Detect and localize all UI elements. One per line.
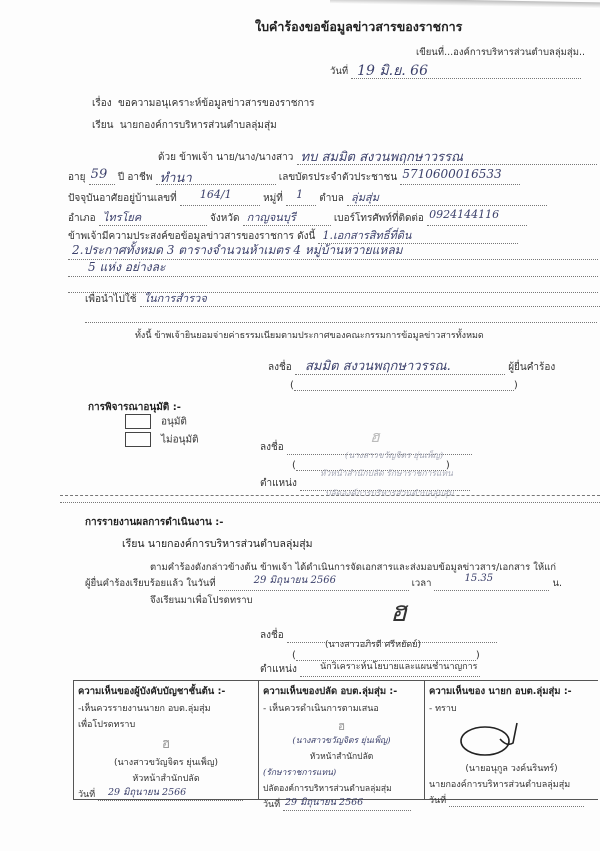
time-unit: น. — [552, 578, 562, 589]
report-heading: การรายงานผลการดำเนินงาน :- — [85, 515, 223, 530]
to-label: เรียน — [92, 120, 113, 131]
form-title: ใบคำร้องขอข้อมูลข่าวสารของราชการ — [255, 17, 462, 37]
report-body-line1: ตามคำร้องดังกล่าวข้างต้น ข้าพเจ้า ได้ดำเ… — [150, 560, 556, 575]
purpose-row: เพื่อนำไปใช้ ในการสำรวจ — [85, 292, 600, 307]
id-value: 5710600016533 — [402, 167, 501, 181]
section-divider-1 — [60, 495, 600, 496]
applicant-name: ทบ สมมิต สงวนพฤกษาวรรณ — [301, 146, 464, 167]
supervisor-date-row: วันที่ 29 มิถุนายน 2566 — [78, 787, 254, 801]
occupation-label: อาชีพ — [127, 172, 152, 183]
blank-line-2 — [85, 310, 597, 323]
amphoe-label: อำเภอ — [68, 213, 96, 224]
supervisor-line-2: เพื่อโปรดทราบ — [78, 717, 254, 731]
deputy-date-label: วันที่ — [263, 800, 280, 810]
moo-field[interactable]: 1 — [286, 193, 316, 206]
blank-line-2-row — [85, 310, 597, 323]
mayor-line-1: - ทราบ — [429, 701, 594, 715]
applicant-intro-label: ด้วย ข้าพเจ้า นาย/นาง/นางสาว — [158, 152, 293, 163]
purpose-value: ในการสำรวจ — [144, 289, 207, 307]
supervisor-date-field[interactable]: 29 มิถุนายน 2566 — [98, 788, 243, 801]
deputy-acting: (รักษาราชการแทน) — [263, 765, 420, 779]
mayor-signer: (นายอนุกูล วงค์นรินทร์) — [429, 761, 594, 775]
approve-label: อนุมัติ — [161, 417, 187, 428]
applicant-name-field[interactable]: ทบ สมมิต สงวนพฤกษาวรรณ — [297, 152, 597, 165]
reject-label: ไม่อนุมัติ — [161, 435, 199, 446]
mayor-signature — [455, 719, 535, 759]
approve-checkbox[interactable] — [125, 414, 151, 429]
subject-label: เรื่อง — [92, 98, 112, 109]
age-unit: ปี — [118, 172, 124, 183]
written-at: เขียนที่...องค์การบริหารส่วนตำบลลุ่มสุ่ม… — [416, 45, 585, 60]
deputy-position-2: ปลัดองค์การบริหารส่วนตำบลลุ่มสุ่ม — [263, 781, 420, 795]
age-value: 59 — [91, 167, 108, 182]
tambon-label: ตำบล — [319, 193, 344, 204]
province-label: จังหวัด — [210, 213, 239, 224]
report-position-value: นักวิเคราะห์นโยบายและแผนชำนาญการ — [320, 659, 477, 673]
tambon-value: ลุ่มสุ่ม — [351, 188, 379, 206]
deputy-date-value: 29 มิถุนายน 2566 — [285, 795, 363, 810]
mayor-date-field[interactable] — [449, 794, 584, 807]
house-no-field[interactable]: 164/1 — [180, 193, 260, 206]
occupation-field[interactable]: ทำนา — [156, 172, 276, 185]
date-label: วันที่ — [330, 66, 348, 77]
document-page: ใบคำร้องขอข้อมูลข่าวสารของราชการ เขียนที… — [0, 0, 600, 851]
request-field-3[interactable]: 5 แห่ง อย่างละ — [68, 264, 598, 277]
moo-label: หมู่ที่ — [263, 193, 283, 204]
date-value: 19 มิ.ย. 66 — [357, 60, 428, 82]
approval-position-label: ตำแหน่ง — [260, 478, 297, 489]
subject-row: เรื่อง ขอความอนุเคราะห์ข้อมูลข่าวสารของร… — [92, 96, 315, 111]
supervisor-line-1: -เห็นควรรายงานนายก อบต.ลุ่มสุ่ม — [78, 701, 254, 715]
amphoe-value: ไทรโยค — [103, 208, 141, 226]
purpose-label: เพื่อนำไปใช้ — [85, 294, 137, 305]
mayor-date-label: วันที่ — [429, 796, 446, 806]
supervisor-date-value: 29 มิถุนายน 2566 — [108, 785, 186, 800]
approval-heading: การพิจารณาอนุมัติ :- — [88, 400, 181, 415]
supervisor-signature-mark: ฮ — [74, 733, 258, 753]
supervisor-date-label: วันที่ — [78, 790, 95, 800]
date-field[interactable]: 19 มิ.ย. 66 — [351, 66, 581, 79]
house-no-value: 164/1 — [200, 188, 232, 201]
to-row: เรียน นายกองค์การบริหารส่วนตำบลลุ่มสุ่ม — [92, 118, 277, 133]
phone-label: เบอร์โทรศัพท์ที่ติดต่อ — [334, 213, 424, 224]
consent-text: ทั้งนี้ ข้าพเจ้ายินยอมจ่ายค่าธรรมเนียมตา… — [135, 328, 484, 342]
subject-value: ขอความอนุเคราะห์ข้อมูลข่าวสารของราชการ — [118, 98, 315, 109]
amphoe-field[interactable]: ไทรโยค — [99, 213, 207, 226]
applicant-sign-role: ผู้ยื่นคำร้อง — [508, 362, 555, 373]
age-field[interactable]: 59 — [89, 172, 115, 185]
province-field[interactable]: กาญจนบุรี — [243, 213, 331, 226]
delivered-date-label: ผู้ยื่นคำร้องเรียบร้อยแล้ว ในวันที่ — [85, 578, 216, 589]
phone-field[interactable]: 0924144116 — [427, 213, 527, 226]
age-occupation-row: อายุ 59 ปี อาชีพ ทำนา เลขบัตรประจำตัวประ… — [68, 170, 520, 185]
deputy-date-field[interactable]: 29 มิถุนายน 2566 — [283, 798, 411, 811]
deputy-signer: (นางสาวขวัญจิตร ยุ่นเพ็ญ) — [263, 733, 420, 747]
approve-option[interactable]: อนุมัติ — [125, 414, 187, 430]
moo-value: 1 — [296, 188, 303, 201]
time-field[interactable]: 15.35 — [434, 578, 549, 591]
applicant-printed-name-row: () — [290, 378, 518, 391]
supervisor-position: หัวหน้าสำนักปลัด — [78, 771, 254, 785]
report-sign-label: ลงชื่อ — [260, 630, 284, 641]
tambon-field[interactable]: ลุ่มสุ่ม — [347, 193, 547, 206]
address-row: ปัจจุบันอาศัยอยู่บ้านเลขที่ 164/1 หมู่ที… — [68, 191, 547, 206]
time-label: เวลา — [412, 578, 432, 589]
province-value: กาญจนบุรี — [247, 208, 296, 226]
applicant-sign-row: ลงชื่อ สมมิต สงวนพฤกษาวรรณ. ผู้ยื่นคำร้อ… — [268, 360, 555, 375]
opinion-box-supervisor: ความเห็นของผู้บังคับบัญชาชั้นต้น :- -เห็… — [73, 680, 259, 800]
opinion-box-mayor: ความเห็นของ นายก อบต.ลุ่มสุ่ม :- - ทราบ … — [424, 680, 598, 800]
purpose-field[interactable]: ในการสำรวจ — [140, 294, 600, 307]
applicant-printed-name-field[interactable] — [294, 378, 514, 391]
request-line-3: 5 แห่ง อย่างละ — [88, 258, 165, 277]
mayor-heading: ความเห็นของ นายก อบต.ลุ่มสุ่ม :- — [429, 684, 594, 699]
applicant-sign-label: ลงชื่อ — [268, 362, 292, 373]
approval-sign-label: ลงชื่อ — [260, 442, 284, 453]
report-body-line2: ผู้ยื่นคำร้องเรียบร้อยแล้ว ในวันที่ 29 ม… — [85, 576, 562, 591]
address-label: ปัจจุบันอาศัยอยู่บ้านเลขที่ — [68, 193, 177, 204]
deputy-position: หัวหน้าสำนักปลัด — [263, 749, 420, 763]
written-at-label: เขียนที่ — [416, 47, 444, 58]
deputy-date-row: วันที่ 29 มิถุนายน 2566 — [263, 797, 420, 811]
report-closing: จึงเรียนมาเพื่อโปรดทราบ — [150, 593, 253, 608]
mayor-position: นายกองค์การบริหารส่วนตำบลลุ่มสุ่ม — [429, 777, 594, 791]
delivered-date-field[interactable]: 29 มิถุนายน 2566 — [219, 578, 409, 591]
occupation-value: ทำนา — [160, 167, 192, 188]
supervisor-heading: ความเห็นของผู้บังคับบัญชาชั้นต้น :- — [78, 684, 254, 699]
id-field[interactable]: 5710600016533 — [400, 172, 520, 185]
time-value: 15.35 — [464, 573, 493, 584]
deputy-line-1: - เห็นควรดำเนินการตามเสนอ — [263, 701, 420, 715]
date-row: วันที่ 19 มิ.ย. 66 — [330, 64, 581, 79]
delivered-date-value: 29 มิถุนายน 2566 — [254, 573, 336, 588]
deputy-signature-mark: ฮ — [259, 717, 424, 731]
applicant-signature-field[interactable]: สมมิต สงวนพฤกษาวรรณ. — [295, 362, 505, 375]
applicant-name-row: ด้วย ข้าพเจ้า นาย/นาง/นางสาว ทบ สมมิต สง… — [158, 150, 597, 165]
age-label: อายุ — [68, 172, 85, 183]
mayor-date-row: วันที่ — [429, 793, 594, 807]
written-at-value: ...องค์การบริหารส่วนตำบลลุ่มสุ่ม.. — [444, 47, 585, 58]
approval-position-line2: ปลัดองค์การบริหารส่วนตำบลลุ่มสุ่ม — [325, 486, 454, 500]
report-position-row: ตำแหน่ง นักวิเคราะห์นโยบายและแผนชำนาญการ — [260, 662, 480, 677]
opinion-box-deputy: ความเห็นของปลัด อบต.ลุ่มสุ่ม :- - เห็นคว… — [258, 680, 425, 800]
reject-option[interactable]: ไม่อนุมัติ — [125, 432, 199, 448]
report-position-label: ตำแหน่ง — [260, 664, 297, 675]
id-label: เลขบัตรประจำตัวประชาชน — [279, 172, 397, 183]
reject-checkbox[interactable] — [125, 432, 151, 447]
applicant-signature: สมมิต สงวนพฤกษาวรรณ. — [305, 355, 451, 376]
report-to: เรียน นายกองค์การบริหารส่วนตำบลลุ่มสุ่ม — [122, 535, 313, 552]
report-position-field[interactable]: นักวิเคราะห์นโยบายและแผนชำนาญการ — [300, 664, 480, 677]
to-value: นายกองค์การบริหารส่วนตำบลลุ่มสุ่ม — [120, 120, 277, 131]
supervisor-signer: (นางสาวขวัญจิตร ยุ่นเพ็ญ) — [78, 755, 254, 769]
phone-value: 0924144116 — [429, 208, 499, 221]
scan-shadow — [330, 0, 600, 8]
amphoe-row: อำเภอ ไทรโยค จังหวัด กาญจนบุรี เบอร์โทรศ… — [68, 211, 527, 226]
section-divider-2 — [60, 502, 600, 503]
request-line-3-row: 5 แห่ง อย่างละ — [68, 264, 598, 277]
deputy-heading: ความเห็นของปลัด อบต.ลุ่มสุ่ม :- — [263, 684, 420, 699]
